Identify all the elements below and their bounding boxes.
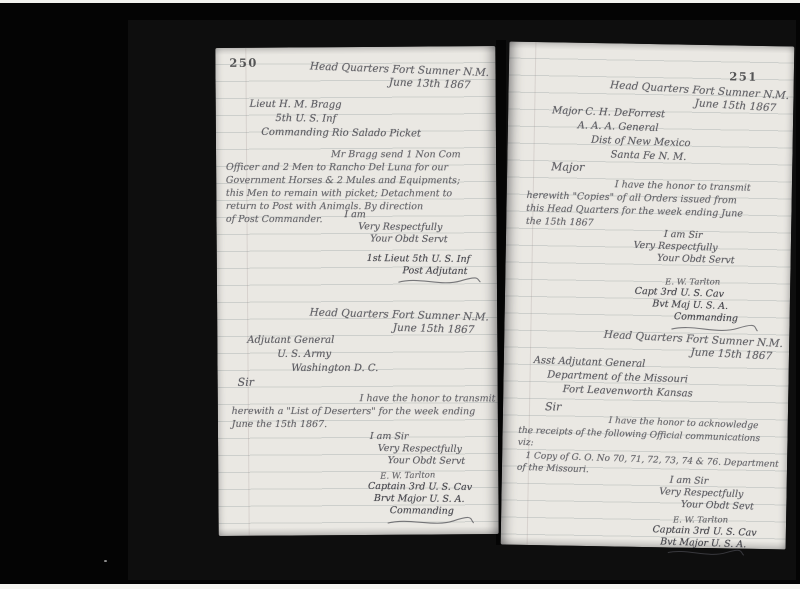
letter-address: Lieut H. M. Bragg 5th U. S. Inf Commandi… bbox=[249, 98, 421, 142]
signature-flourish bbox=[396, 275, 482, 288]
signature-rank-line: Brvt Major U. S. A. bbox=[374, 493, 476, 506]
body-line: Government Horses & 2 Mules and Equipmen… bbox=[226, 174, 486, 187]
signature-rank-line: 1st Lieut 5th U. S. Inf bbox=[367, 253, 483, 266]
body-line: herewith a "List of Deserters" for the w… bbox=[232, 405, 486, 418]
ledger-page-right: 251 Head Quarters Fort Sumner N.M. June … bbox=[501, 42, 795, 550]
letter-signature: E. W. Tarlton Captain 3rd U. S. Cav Brvt… bbox=[368, 469, 477, 528]
letter-body: I have the honor to transmit herewith a … bbox=[232, 392, 486, 431]
page-number-left: 250 bbox=[229, 56, 258, 70]
letter-closing: I am Sir Very Respectfully Your Obdt Sev… bbox=[659, 474, 755, 513]
letter-salutation: Sir bbox=[238, 376, 254, 389]
letter-closing: I am Very Respectfully Your Obdt Servt bbox=[344, 209, 448, 246]
body-line: June the 15th 1867. bbox=[232, 418, 486, 431]
closing-line: Your Obdt Servt bbox=[388, 455, 466, 468]
body-line: Officer and 2 Men to Rancho Del Luna for… bbox=[226, 161, 486, 174]
signature-flourish bbox=[386, 515, 476, 528]
body-line: this Men to remain with picket; Detachme… bbox=[226, 187, 486, 200]
closing-line: Your Obdt Servt bbox=[370, 233, 448, 246]
dust-speck bbox=[104, 560, 107, 562]
letter-signature: E. W. Tarlton Captain 3rd U. S. Cav Bvt … bbox=[652, 512, 758, 560]
body-line: I have the honor to transmit bbox=[232, 392, 486, 405]
letter-body: I have the honor to acknowledge the rece… bbox=[517, 412, 777, 483]
body-line: Mr Bragg send 1 Non Com bbox=[226, 148, 486, 161]
closing-line: I am Sir bbox=[370, 431, 466, 444]
letter-heading: Head Quarters Fort Sumner N.M. June 15th… bbox=[276, 306, 489, 338]
signature-name-line: E. W. Tarlton bbox=[665, 277, 761, 289]
address-line: Washington D. C. bbox=[291, 362, 378, 376]
letter-address: Adjutant General U. S. Army Washington D… bbox=[247, 334, 378, 376]
letter-closing: I am Sir Very Respectfully Your Obdt Ser… bbox=[370, 431, 466, 468]
address-line: U. S. Army bbox=[277, 348, 378, 362]
signature-rank-line: Captain 3rd U. S. Cav bbox=[368, 481, 476, 494]
closing-line: Your Obdt Servt bbox=[657, 253, 735, 268]
signature-name-line: E. W. Tarlton bbox=[380, 468, 476, 482]
closing-line: Very Respectfully bbox=[378, 443, 466, 456]
scan-frame-edge-bottom bbox=[0, 584, 800, 589]
address-line: 5th U. S. Inf bbox=[275, 112, 421, 128]
signature-name-line: E. W. Tarlton bbox=[673, 514, 757, 526]
letter-heading: Head Quarters Fort Sumner N.M. June 13th… bbox=[283, 60, 489, 93]
letter-signature: 1st Lieut 5th U. S. Inf Post Adjutant bbox=[366, 253, 482, 288]
microfilm-scan: 250 Head Quarters Fort Sumner N.M. June … bbox=[0, 0, 800, 589]
letter-body: I have the honor to transmit herewith "C… bbox=[526, 176, 779, 235]
letter-salutation: Major bbox=[551, 160, 584, 174]
letter-signature: E. W. Tarlton Capt 3rd U. S. Cav Bvt Maj… bbox=[633, 274, 761, 336]
address-line: Commanding Rio Salado Picket bbox=[261, 126, 421, 142]
closing-line: Your Obdt Sevt bbox=[681, 499, 754, 514]
page-number-right: 251 bbox=[729, 69, 758, 83]
letter-address: Major C. H. DeForrest A. A. A. General D… bbox=[550, 104, 691, 165]
address-line: Adjutant General bbox=[247, 334, 378, 348]
letter-salutation: Sir bbox=[545, 400, 562, 413]
closing-line: I am bbox=[344, 209, 448, 222]
scan-frame-edge-top bbox=[0, 0, 800, 3]
letter-address: Asst Adjutant General Department of the … bbox=[532, 354, 693, 402]
address-line: Santa Fe N. M. bbox=[610, 148, 690, 165]
ledger-page-left: 250 Head Quarters Fort Sumner N.M. June … bbox=[215, 46, 498, 536]
closing-line: Very Respectfully bbox=[358, 221, 448, 234]
letter-closing: I am Sir Very Respectfully Your Obdt Ser… bbox=[633, 228, 736, 268]
